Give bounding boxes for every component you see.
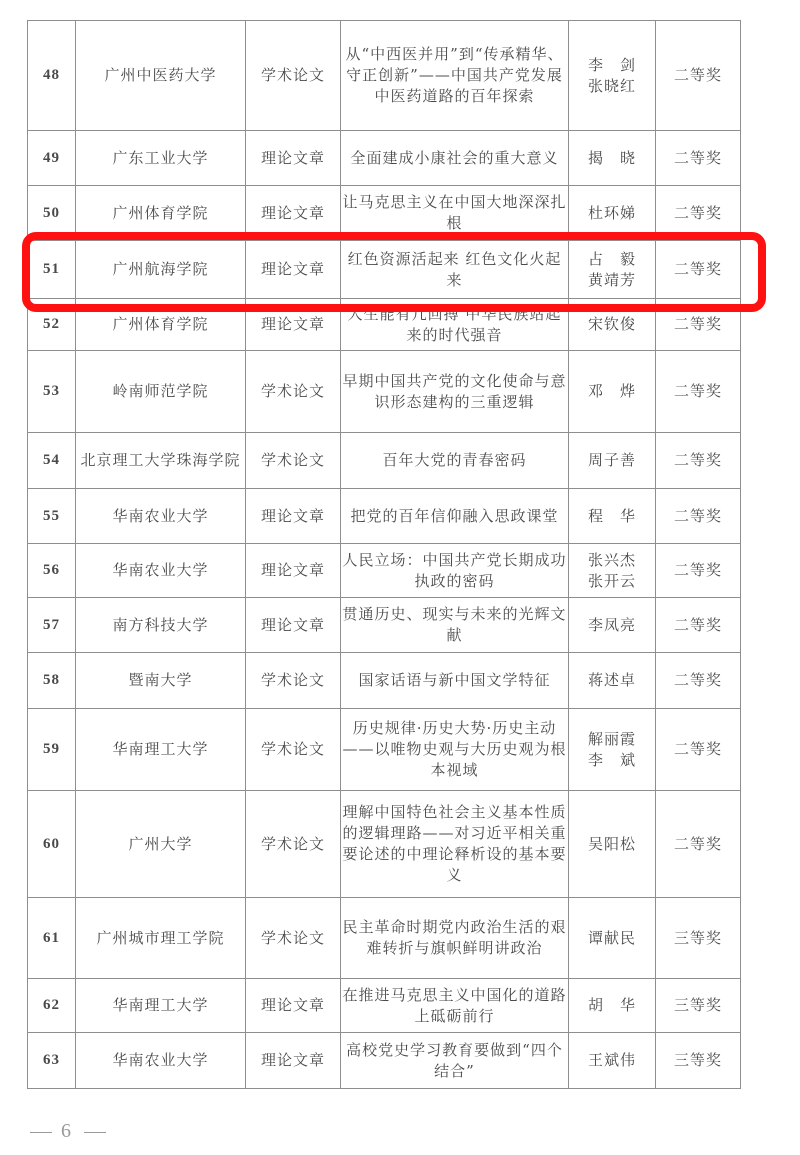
award-level: 二等奖 xyxy=(656,186,741,241)
author-name: 李 剑 xyxy=(569,55,655,76)
authors: 吴阳松 xyxy=(569,791,656,898)
entry-title: 民主革命时期党内政治生活的艰难转折与旗帜鲜明讲政治 xyxy=(341,898,569,979)
entry-type: 学术论文 xyxy=(246,351,341,433)
page-footer: 6 xyxy=(30,1120,106,1143)
table-row: 52广州体育学院理论文章人生能有几回搏 中华民族站起来的时代强音宋钦俊二等奖 xyxy=(28,299,741,351)
award-level: 三等奖 xyxy=(656,979,741,1033)
entry-title: 从“中西医并用”到“传承精华、守正创新”——中国共产党发展中医药道路的百年探索 xyxy=(341,21,569,131)
authors: 程 华 xyxy=(569,489,656,544)
author-name: 杜环娣 xyxy=(569,203,655,224)
row-number: 51 xyxy=(28,241,76,299)
authors: 李 剑张晓红 xyxy=(569,21,656,131)
school-name: 华南理工大学 xyxy=(76,979,246,1033)
school-name: 华南农业大学 xyxy=(76,544,246,598)
award-level: 二等奖 xyxy=(656,21,741,131)
entry-type: 理论文章 xyxy=(246,1033,341,1089)
school-name: 南方科技大学 xyxy=(76,598,246,653)
row-number: 56 xyxy=(28,544,76,598)
school-name: 北京理工大学珠海学院 xyxy=(76,433,246,489)
author-name: 张晓红 xyxy=(569,76,655,97)
award-level: 二等奖 xyxy=(656,241,741,299)
entry-type: 理论文章 xyxy=(246,598,341,653)
author-name: 宋钦俊 xyxy=(569,314,655,335)
school-name: 广州大学 xyxy=(76,791,246,898)
authors: 揭 晓 xyxy=(569,131,656,186)
entry-type: 学术论文 xyxy=(246,709,341,791)
entry-title: 人民立场：中国共产党长期成功执政的密码 xyxy=(341,544,569,598)
authors: 宋钦俊 xyxy=(569,299,656,351)
school-name: 广州体育学院 xyxy=(76,186,246,241)
author-name: 吴阳松 xyxy=(569,834,655,855)
school-name: 广州航海学院 xyxy=(76,241,246,299)
award-level: 二等奖 xyxy=(656,709,741,791)
author-name: 谭献民 xyxy=(569,928,655,949)
row-number: 58 xyxy=(28,653,76,709)
table-row: 63华南农业大学理论文章高校党史学习教育要做到“四个结合”王斌伟三等奖 xyxy=(28,1033,741,1089)
row-number: 57 xyxy=(28,598,76,653)
school-name: 暨南大学 xyxy=(76,653,246,709)
authors: 解丽霞李 斌 xyxy=(569,709,656,791)
award-level: 二等奖 xyxy=(656,433,741,489)
entry-title: 早期中国共产党的文化使命与意识形态建构的三重逻辑 xyxy=(341,351,569,433)
award-level: 三等奖 xyxy=(656,898,741,979)
authors: 王斌伟 xyxy=(569,1033,656,1089)
authors: 张兴杰张开云 xyxy=(569,544,656,598)
entry-title: 高校党史学习教育要做到“四个结合” xyxy=(341,1033,569,1089)
dash-left xyxy=(30,1132,52,1134)
table-row: 50广州体育学院理论文章让马克思主义在中国大地深深扎根杜环娣二等奖 xyxy=(28,186,741,241)
school-name: 华南农业大学 xyxy=(76,1033,246,1089)
row-number: 60 xyxy=(28,791,76,898)
school-name: 广东工业大学 xyxy=(76,131,246,186)
row-number: 50 xyxy=(28,186,76,241)
row-number: 55 xyxy=(28,489,76,544)
entry-title: 百年大党的青春密码 xyxy=(341,433,569,489)
authors: 李凤亮 xyxy=(569,598,656,653)
author-name: 蒋述卓 xyxy=(569,670,655,691)
entry-title: 让马克思主义在中国大地深深扎根 xyxy=(341,186,569,241)
entry-title: 国家话语与新中国文学特征 xyxy=(341,653,569,709)
entry-title: 理解中国特色社会主义基本性质的逻辑理路——对习近平相关重要论述的中理论释析设的基… xyxy=(341,791,569,898)
entry-type: 学术论文 xyxy=(246,791,341,898)
table-row: 54北京理工大学珠海学院学术论文百年大党的青春密码周子善二等奖 xyxy=(28,433,741,489)
award-level: 二等奖 xyxy=(656,598,741,653)
authors: 胡 华 xyxy=(569,979,656,1033)
row-number: 52 xyxy=(28,299,76,351)
entry-type: 理论文章 xyxy=(246,299,341,351)
page-number: 6 xyxy=(61,1120,75,1142)
author-name: 李凤亮 xyxy=(569,615,655,636)
table-row: 53岭南师范学院学术论文早期中国共产党的文化使命与意识形态建构的三重逻辑邓 烨二… xyxy=(28,351,741,433)
row-number: 61 xyxy=(28,898,76,979)
award-level: 二等奖 xyxy=(656,544,741,598)
entry-type: 学术论文 xyxy=(246,21,341,131)
entry-title: 在推进马克思主义中国化的道路上砥砺前行 xyxy=(341,979,569,1033)
award-level: 二等奖 xyxy=(656,791,741,898)
award-level: 二等奖 xyxy=(656,131,741,186)
entry-type: 理论文章 xyxy=(246,241,341,299)
award-level: 二等奖 xyxy=(656,489,741,544)
entry-title: 历史规律·历史大势·历史主动——以唯物史观与大历史观为根本视域 xyxy=(341,709,569,791)
school-name: 华南理工大学 xyxy=(76,709,246,791)
authors: 邓 烨 xyxy=(569,351,656,433)
author-name: 王斌伟 xyxy=(569,1050,655,1071)
entry-title: 全面建成小康社会的重大意义 xyxy=(341,131,569,186)
school-name: 岭南师范学院 xyxy=(76,351,246,433)
table-row: 61广州城市理工学院学术论文民主革命时期党内政治生活的艰难转折与旗帜鲜明讲政治谭… xyxy=(28,898,741,979)
table-row: 57南方科技大学理论文章贯通历史、现实与未来的光辉文献李凤亮二等奖 xyxy=(28,598,741,653)
table-row: 56华南农业大学理论文章人民立场：中国共产党长期成功执政的密码张兴杰张开云二等奖 xyxy=(28,544,741,598)
table-row: 49广东工业大学理论文章全面建成小康社会的重大意义揭 晓二等奖 xyxy=(28,131,741,186)
table-row: 58暨南大学学术论文国家话语与新中国文学特征蒋述卓二等奖 xyxy=(28,653,741,709)
awards-table-body: 48广州中医药大学学术论文从“中西医并用”到“传承精华、守正创新”——中国共产党… xyxy=(28,21,741,1089)
entry-type: 学术论文 xyxy=(246,433,341,489)
table-row: 62华南理工大学理论文章在推进马克思主义中国化的道路上砥砺前行胡 华三等奖 xyxy=(28,979,741,1033)
author-name: 胡 华 xyxy=(569,995,655,1016)
row-number: 49 xyxy=(28,131,76,186)
school-name: 广州城市理工学院 xyxy=(76,898,246,979)
row-number: 54 xyxy=(28,433,76,489)
table-row: 48广州中医药大学学术论文从“中西医并用”到“传承精华、守正创新”——中国共产党… xyxy=(28,21,741,131)
author-name: 张兴杰 xyxy=(569,550,655,571)
table-row: 59华南理工大学学术论文历史规律·历史大势·历史主动——以唯物史观与大历史观为根… xyxy=(28,709,741,791)
entry-title: 红色资源活起来 红色文化火起来 xyxy=(341,241,569,299)
authors: 蒋述卓 xyxy=(569,653,656,709)
entry-title: 贯通历史、现实与未来的光辉文献 xyxy=(341,598,569,653)
authors: 占 毅黄靖芳 xyxy=(569,241,656,299)
row-number: 63 xyxy=(28,1033,76,1089)
author-name: 占 毅 xyxy=(569,249,655,270)
author-name: 邓 烨 xyxy=(569,381,655,402)
authors: 杜环娣 xyxy=(569,186,656,241)
entry-type: 理论文章 xyxy=(246,979,341,1033)
award-level: 二等奖 xyxy=(656,653,741,709)
award-level: 二等奖 xyxy=(656,351,741,433)
row-number: 48 xyxy=(28,21,76,131)
row-number: 62 xyxy=(28,979,76,1033)
author-name: 程 华 xyxy=(569,506,655,527)
award-level: 二等奖 xyxy=(656,299,741,351)
row-number: 53 xyxy=(28,351,76,433)
author-name: 揭 晓 xyxy=(569,148,655,169)
entry-title: 人生能有几回搏 中华民族站起来的时代强音 xyxy=(341,299,569,351)
dash-right xyxy=(84,1132,106,1134)
table-row: 55华南农业大学理论文章把党的百年信仰融入思政课堂程 华二等奖 xyxy=(28,489,741,544)
school-name: 广州中医药大学 xyxy=(76,21,246,131)
school-name: 广州体育学院 xyxy=(76,299,246,351)
entry-type: 理论文章 xyxy=(246,489,341,544)
school-name: 华南农业大学 xyxy=(76,489,246,544)
author-name: 解丽霞 xyxy=(569,729,655,750)
table-row: 60广州大学学术论文理解中国特色社会主义基本性质的逻辑理路——对习近平相关重要论… xyxy=(28,791,741,898)
author-name: 黄靖芳 xyxy=(569,270,655,291)
entry-type: 理论文章 xyxy=(246,544,341,598)
author-name: 张开云 xyxy=(569,571,655,592)
entry-title: 把党的百年信仰融入思政课堂 xyxy=(341,489,569,544)
awards-table: 48广州中医药大学学术论文从“中西医并用”到“传承精华、守正创新”——中国共产党… xyxy=(27,20,741,1089)
entry-type: 理论文章 xyxy=(246,186,341,241)
row-number: 59 xyxy=(28,709,76,791)
award-level: 三等奖 xyxy=(656,1033,741,1089)
entry-type: 学术论文 xyxy=(246,653,341,709)
author-name: 周子善 xyxy=(569,450,655,471)
authors: 周子善 xyxy=(569,433,656,489)
author-name: 李 斌 xyxy=(569,750,655,771)
entry-type: 学术论文 xyxy=(246,898,341,979)
document-page: 48广州中医药大学学术论文从“中西医并用”到“传承精华、守正创新”——中国共产党… xyxy=(0,0,800,1155)
authors: 谭献民 xyxy=(569,898,656,979)
table-row: 51广州航海学院理论文章红色资源活起来 红色文化火起来占 毅黄靖芳二等奖 xyxy=(28,241,741,299)
entry-type: 理论文章 xyxy=(246,131,341,186)
